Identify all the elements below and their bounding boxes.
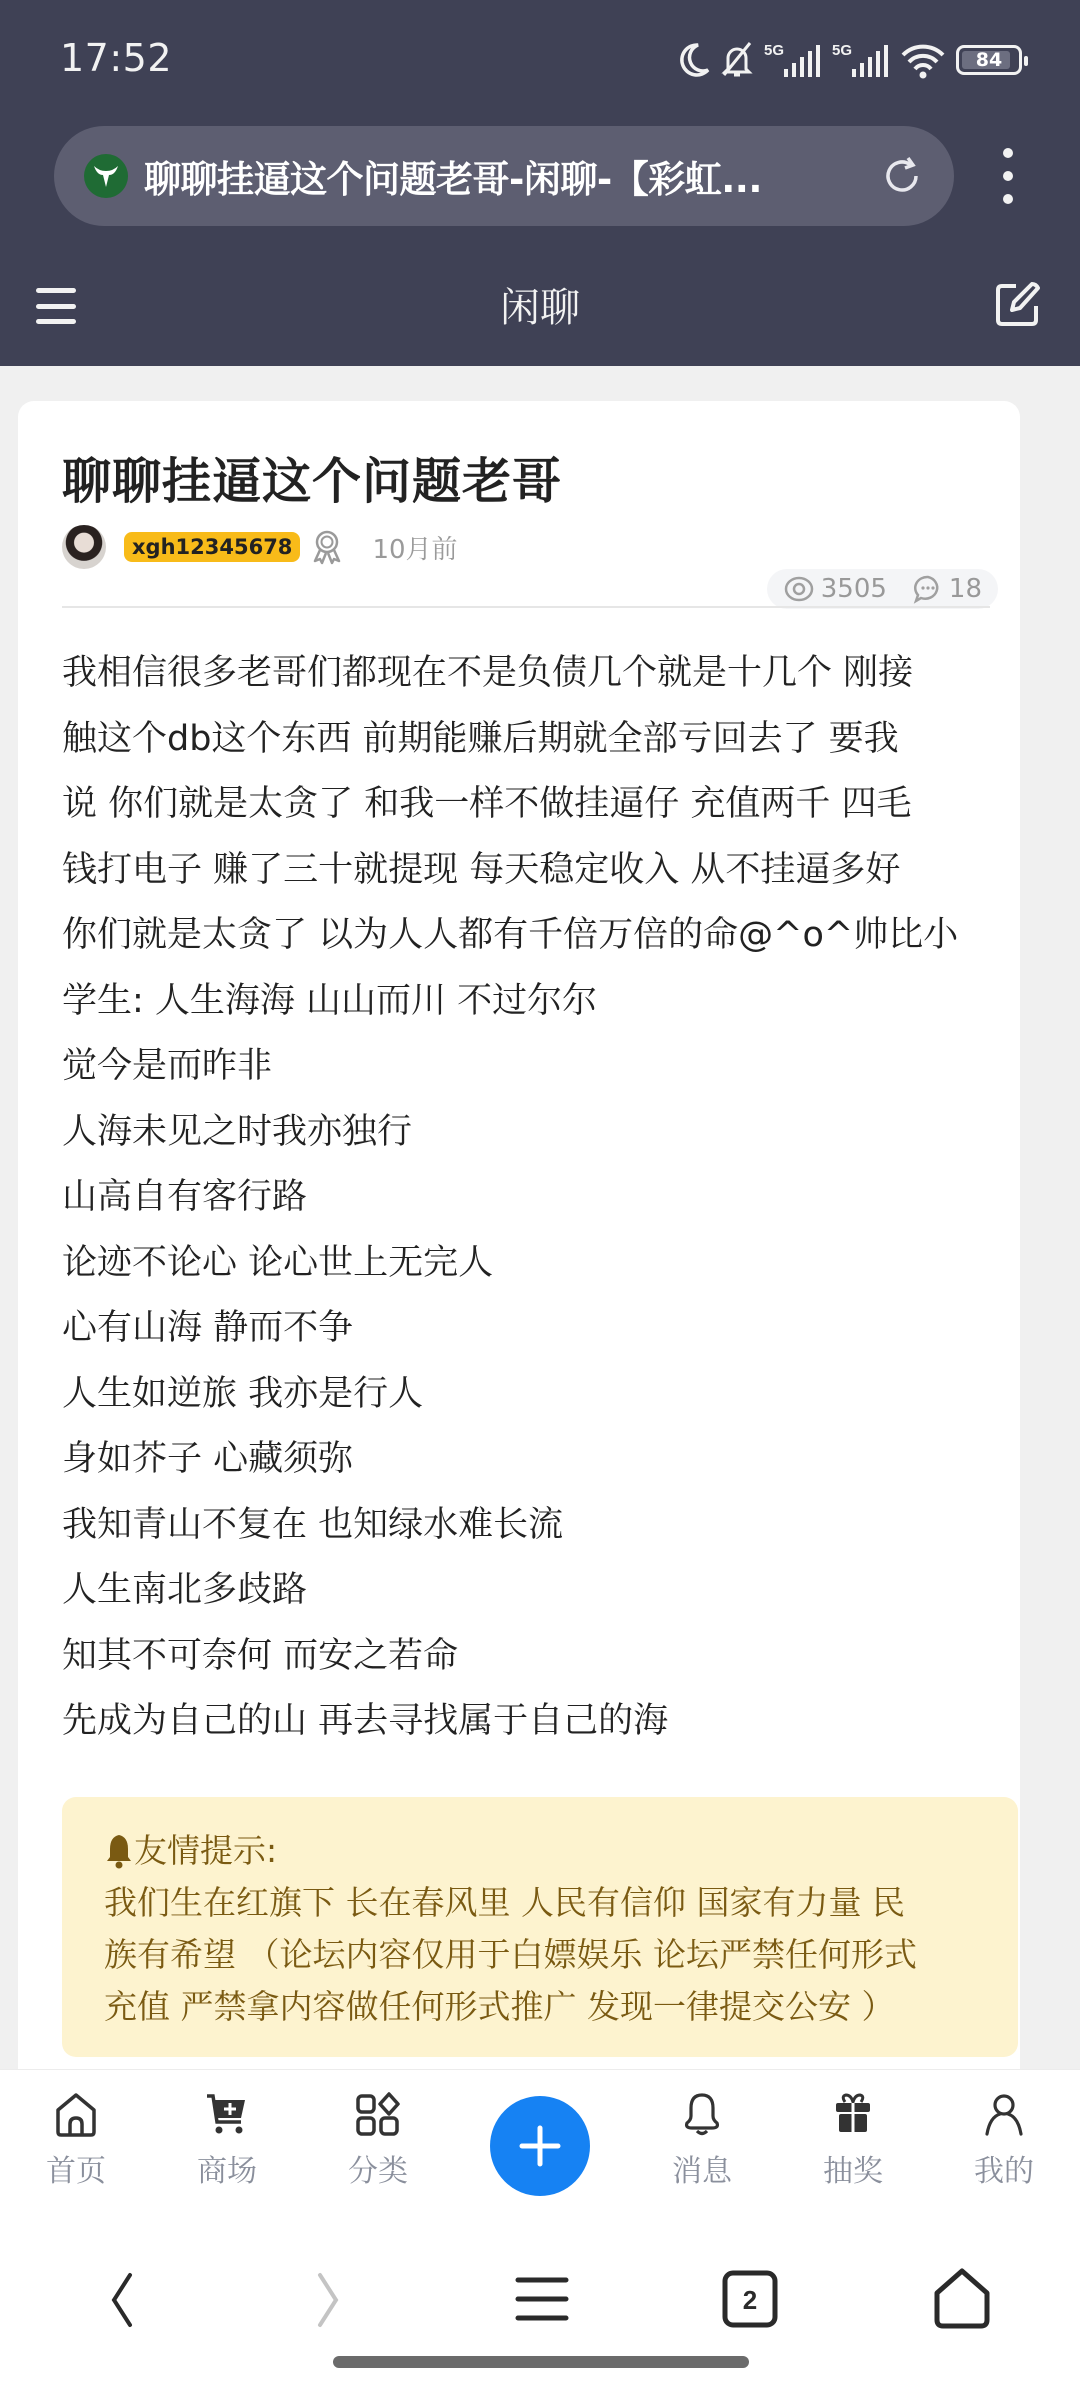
section-title: 闲聊 [0,276,1080,333]
bell-icon [680,2092,724,2138]
chevron-right-icon [310,2269,350,2329]
create-post-button[interactable] [490,2096,590,2196]
body-line: 我知青山不复在 也知绿水难长流 [62,1493,1002,1559]
body-line: 钱打电子 赚了三十就提现 每天稳定收入 从不挂逼多好 [62,838,1002,904]
signal-5g-icon: 5G [764,41,822,79]
menu-lines-icon [515,2275,569,2323]
body-line: 你们就是太贪了 以为人人都有千倍万倍的命@^o^帅比小 [62,903,1002,969]
medal-icon [310,529,344,565]
gesture-home-indicator[interactable] [333,2356,749,2368]
notice-line: 我们生在红旗下 长在春风里 人民有信仰 国家有力量 民 [104,1877,1018,1929]
body-line: 人生南北多歧路 [62,1558,1002,1624]
friendly-notice: 友情提示: 我们生在红旗下 长在春风里 人民有信仰 国家有力量 民 族有希望 （… [62,1797,1018,2057]
post-card: 聊聊挂逼这个问题老哥 xgh12345678 10月前 3505 18 我相信很… [18,401,1020,2101]
body-line: 说 你们就是太贪了 和我一样不做挂逼仔 充值两千 四毛 [62,772,1002,838]
tabs-icon: 2 [722,2269,778,2329]
compose-icon[interactable] [994,280,1042,328]
tab-home[interactable]: 首页 [6,2070,146,2210]
bell-muted-icon [720,41,754,79]
eye-icon [783,574,815,604]
body-line: 学生: 人生海海 山山而川 不过尔尔 [62,969,1002,1035]
home-outline-icon [933,2268,991,2330]
svg-text:5G: 5G [832,42,852,59]
browser-menu-list-button[interactable] [502,2259,582,2339]
body-line: 人生如逆旅 我亦是行人 [62,1362,1002,1428]
post-meta: xgh12345678 10月前 [62,523,458,571]
app-tab-bar: 首页 商场 分类 消息 抽奖 我的 [0,2069,1080,2209]
post-title: 聊聊挂逼这个问题老哥 [62,443,562,513]
moon-icon [678,42,710,78]
body-line: 先成为自己的山 再去寻找属于自己的海 [62,1689,1002,1755]
svg-text:2: 2 [743,2285,757,2315]
page-title-in-address: 聊聊挂逼这个问题老哥-闲聊-【彩虹... [144,149,844,203]
body-line: 知其不可奈何 而安之若命 [62,1624,1002,1690]
status-time: 17:52 [60,36,172,80]
body-line: 我相信很多老哥们都现在不是负债几个就是十几个 刚接 [62,641,1002,707]
address-bar[interactable]: 聊聊挂逼这个问题老哥-闲聊-【彩虹... [54,126,954,226]
author-username[interactable]: xgh12345678 [124,532,300,562]
comment-count: 18 [949,574,982,604]
browser-menu-button[interactable] [990,142,1026,210]
plus-icon [518,2124,562,2168]
tab-categories[interactable]: 分类 [308,2070,448,2210]
author-avatar[interactable] [62,525,106,569]
browser-header: 17:52 5G 5G 84 聊聊挂逼这个问题老哥-闲聊-【彩虹... 闲聊 [0,0,1080,366]
home-button[interactable] [922,2259,1002,2339]
notice-line: 充值 严禁拿内容做任何形式推广 发现一律提交公安 ） [104,1981,1018,2033]
browser-nav-bar: 2 [0,2209,1080,2400]
body-line: 心有山海 静而不争 [62,1296,1002,1362]
notice-line: 族有希望 （论坛内容仅用于白嫖娱乐 论坛严禁任何形式 [104,1929,1018,1981]
body-line: 山高自有客行路 [62,1165,1002,1231]
notice-heading: 友情提示: [104,1825,1018,1877]
battery-indicator: 84 [956,45,1022,75]
user-icon [982,2092,1026,2138]
tab-mall[interactable]: 商场 [157,2070,297,2210]
cart-icon [205,2092,249,2138]
body-line: 触这个db这个东西 前期能赚后期就全部亏回去了 要我 [62,707,1002,773]
signal-5g-icon-2: 5G [832,41,890,79]
tabs-button[interactable]: 2 [710,2259,790,2339]
post-time: 10月前 [372,529,457,566]
post-stats: 3505 18 [767,569,998,609]
wifi-icon [900,41,946,79]
forward-button[interactable] [290,2259,370,2339]
bell-icon [104,1833,134,1869]
status-icons: 5G 5G 84 [678,40,1022,80]
tab-messages[interactable]: 消息 [632,2070,772,2210]
body-line: 身如芥子 心藏须弥 [62,1427,1002,1493]
site-favicon [84,154,128,198]
grid-icon [355,2092,401,2138]
back-button[interactable] [80,2259,160,2339]
app-bar: 闲聊 [0,250,1080,366]
body-line: 论迹不论心 论心世上无完人 [62,1231,1002,1297]
tab-lottery[interactable]: 抽奖 [783,2070,923,2210]
chevron-left-icon [100,2269,140,2329]
gift-icon [831,2092,875,2138]
post-body: 我相信很多老哥们都现在不是负债几个就是十几个 刚接 触这个db这个东西 前期能赚… [62,641,1002,1755]
svg-text:5G: 5G [764,42,784,59]
tab-me[interactable]: 我的 [934,2070,1074,2210]
reload-icon[interactable] [880,154,924,198]
body-line: 觉今是而昨非 [62,1034,1002,1100]
status-bar: 17:52 5G 5G 84 [0,0,1080,120]
home-icon [54,2092,98,2138]
body-line: 人海未见之时我亦独行 [62,1100,1002,1166]
view-count: 3505 [821,574,887,604]
divider [62,606,990,608]
comment-icon[interactable] [913,574,943,604]
